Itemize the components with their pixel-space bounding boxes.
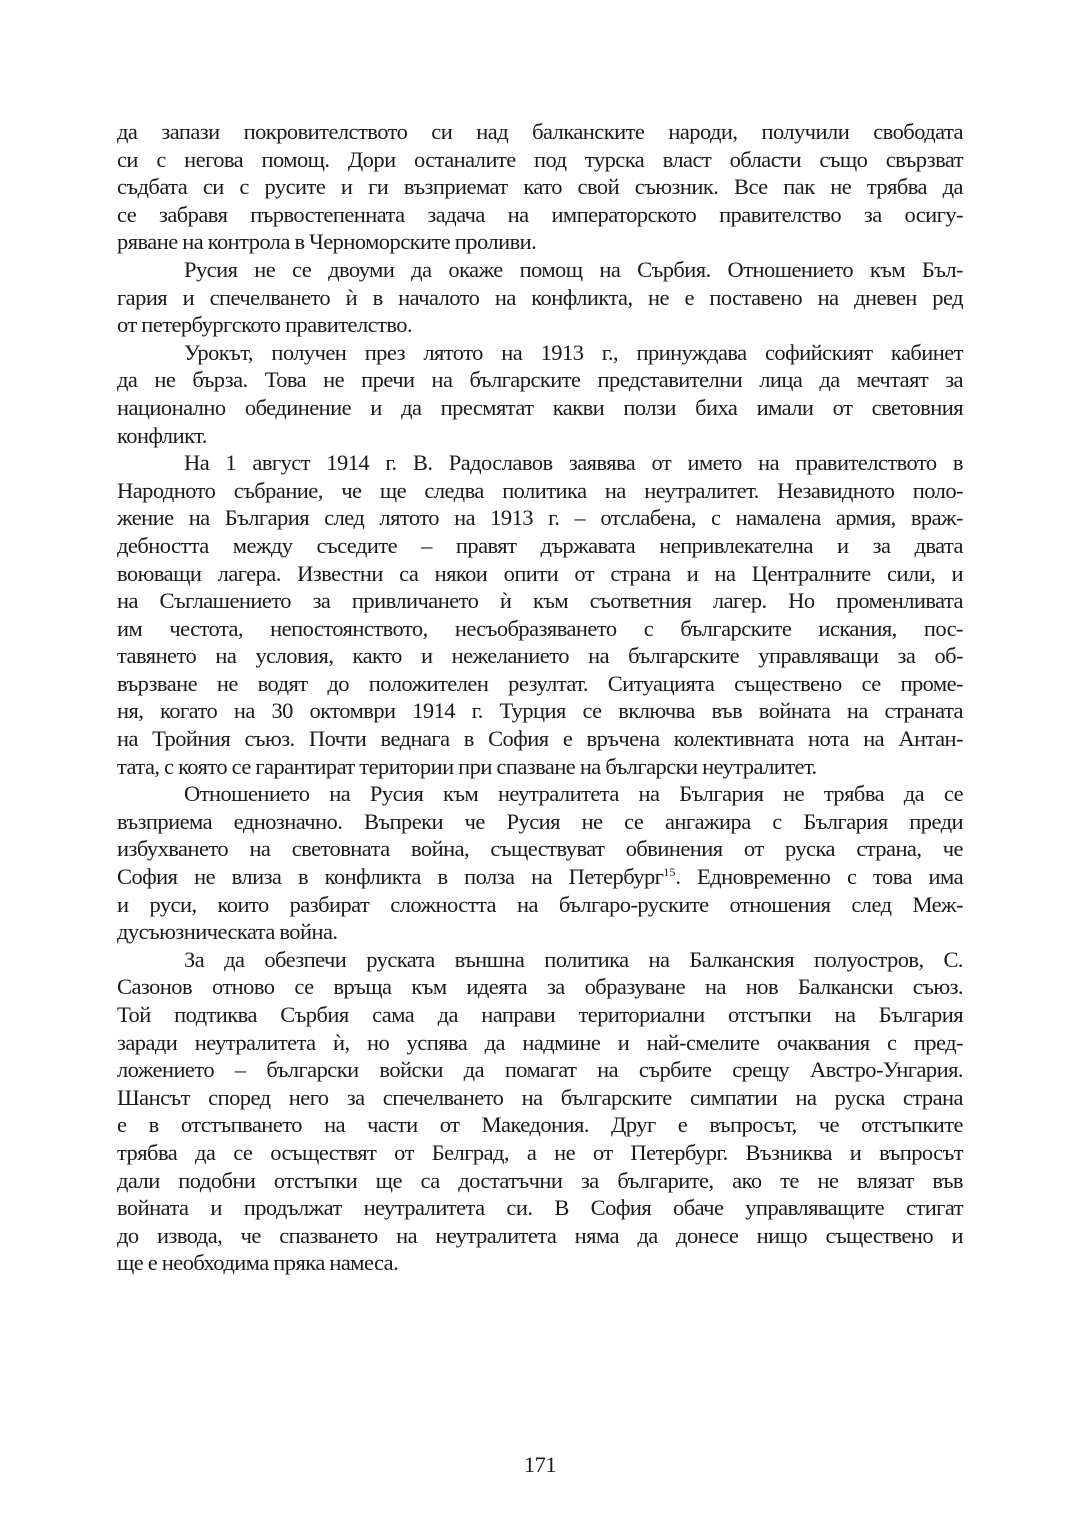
text-line: трябва да се осъществят от Белград, а не… — [117, 1139, 963, 1167]
text-line: Отношението на Русия към неутралитета на… — [117, 780, 963, 808]
text-line: ня, когато на 30 октомври 1914 г. Турция… — [117, 697, 963, 725]
text-line: Шансът според него за спечелването на бъ… — [117, 1084, 963, 1112]
text-line: възприема еднозначно. Въпреки че Русия н… — [117, 808, 963, 836]
text-line: На 1 август 1914 г. В. Радославов заявяв… — [117, 449, 963, 477]
text-line: до извода, че спазването на неутралитета… — [117, 1222, 963, 1250]
text-line: За да обезпечи руската външна политика н… — [117, 946, 963, 974]
footnote-marker[interactable]: 15 — [663, 865, 675, 879]
text-line: се забравя първостепенната задача на имп… — [117, 201, 963, 229]
text-line: национално обединение и да пресмятат как… — [117, 394, 963, 422]
text-line: тата, с която се гарантират територии пр… — [117, 753, 963, 781]
text-line: дусъюзническата война. — [117, 918, 963, 946]
paragraph: Урокът, получен през лятото на 1913 г., … — [117, 339, 963, 449]
document-body: да запази покровителството си над балкан… — [117, 118, 963, 1277]
text-line: Народното събрание, че ще следва политик… — [117, 477, 963, 505]
paragraph: Отношението на Русия към неутралитета на… — [117, 780, 963, 946]
paragraph: За да обезпечи руската външна политика н… — [117, 946, 963, 1277]
text-line-with-footnote: София не влиза в конфликта в полза на Пе… — [117, 863, 963, 891]
text-line: им честота, непостоянството, несъобразяв… — [117, 615, 963, 643]
page-number: 171 — [0, 1452, 1080, 1478]
text-line: жение на България след лятото на 1913 г.… — [117, 504, 963, 532]
paragraph: На 1 август 1914 г. В. Радославов заявяв… — [117, 449, 963, 780]
text-line: на Тройния съюз. Почти веднага в София е… — [117, 725, 963, 753]
text-line: Той подтиква Сърбия сама да направи тери… — [117, 1001, 963, 1029]
text-line: ще е необходима пряка намеса. — [117, 1249, 963, 1277]
text-line: е в отстъпването на части от Македония. … — [117, 1111, 963, 1139]
text-line: воюващи лагера. Известни са някои опити … — [117, 560, 963, 588]
text-line: и руси, които разбират сложността на бъл… — [117, 891, 963, 919]
text-line: ложението – български войски да помагат … — [117, 1056, 963, 1084]
text-line: вързване не водят до положителен резулта… — [117, 670, 963, 698]
text-line: на Съглашението за привличането ѝ към съ… — [117, 587, 963, 615]
text-line: дебността между съседите – правят държав… — [117, 532, 963, 560]
text-line: тавянето на условия, както и нежеланието… — [117, 642, 963, 670]
text-line: конфликт. — [117, 422, 963, 450]
text-segment: София не влиза в конфликта в полза на Пе… — [117, 864, 663, 889]
text-line: заради неутралитета ѝ, но успява да надм… — [117, 1029, 963, 1057]
paragraph: Русия не се двоуми да окаже помощ на Сър… — [117, 256, 963, 339]
text-line: дали подобни отстъпки ще са достатъчни з… — [117, 1167, 963, 1195]
text-line: Урокът, получен през лятото на 1913 г., … — [117, 339, 963, 367]
text-line: гария и спечелването ѝ в началото на кон… — [117, 284, 963, 312]
paragraph: да запази покровителството си над балкан… — [117, 118, 963, 256]
text-line: от петербургското правителство. — [117, 311, 963, 339]
text-line: ряване на контрола в Черноморските проли… — [117, 228, 963, 256]
text-line: да запази покровителството си над балкан… — [117, 118, 963, 146]
text-line: избухването на световната война, съществ… — [117, 835, 963, 863]
text-line: войната и продължат неутралитета си. В С… — [117, 1194, 963, 1222]
text-segment: . Едновременно с това има — [675, 864, 963, 889]
text-line: съдбата си с русите и ги възприемат като… — [117, 173, 963, 201]
text-line: си с негова помощ. Дори останалите под т… — [117, 146, 963, 174]
text-line: Сазонов отново се връща към идеята за об… — [117, 973, 963, 1001]
text-line: Русия не се двоуми да окаже помощ на Сър… — [117, 256, 963, 284]
text-line: да не бърза. Това не пречи на българскит… — [117, 366, 963, 394]
